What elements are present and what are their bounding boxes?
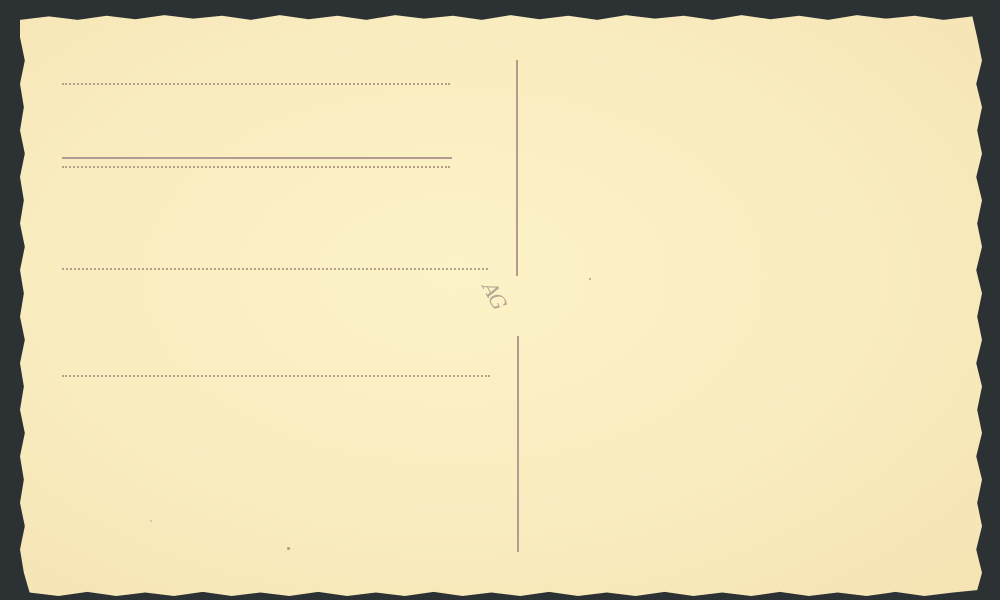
- center-divider-top: [516, 60, 518, 276]
- paper-speck: [287, 547, 290, 550]
- address-underline-solid: [62, 157, 452, 159]
- paper-speck: [150, 520, 152, 522]
- address-line-2: [62, 166, 450, 168]
- center-divider-bottom: [517, 336, 519, 552]
- address-line-4: [62, 375, 490, 377]
- address-line-3: [62, 268, 488, 270]
- paper-speck: [589, 278, 591, 280]
- address-line-1: [62, 83, 450, 85]
